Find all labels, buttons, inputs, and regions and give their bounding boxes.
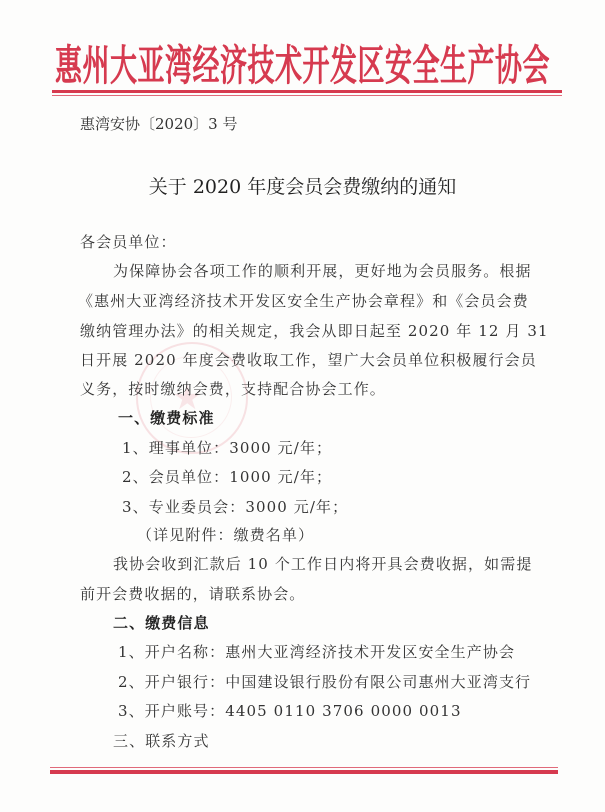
intro-line: 《惠州大亚湾经济技术开发区安全生产协会章程》和《会员会费 [78,290,529,311]
notice-title: 关于 2020 年度会员会费缴纳的通知 [0,172,605,199]
letterhead-rule-thick [52,90,562,93]
salutation: 各会员单位： [80,231,177,252]
footer-rule-thick [50,770,558,774]
document-number: 惠湾安协〔2020〕3 号 [80,113,238,134]
fee-item: 2、会员单位：1000 元/年； [122,466,332,487]
document-page: 惠州大亚湾经济技术开发区安全生产协会 惠湾安协〔2020〕3 号 关于 2020… [0,0,605,812]
receipt-paragraph-line: 我协会收到汇款后 10 个工作日内将开具会费收据，如需提 [113,553,532,574]
intro-line: 为保障协会各项工作的顺利开展，更好地为会员服务。根据 [113,260,532,281]
account-name: 1、开户名称：惠州大亚湾经济技术开发区安全生产协会 [118,641,515,662]
section-heading: 二、缴费信息 [113,612,210,633]
letterhead-organization-title: 惠州大亚湾经济技术开发区安全生产协会 [0,32,605,92]
section-heading: 一、缴费标准 [118,407,215,428]
attachment-note: （详见附件：缴费名单） [137,524,314,545]
letterhead-rule-thin [52,95,562,96]
intro-line: 缴纳管理办法》的相关规定，我会从即日起至 2020 年 12 月 31 [80,320,549,341]
receipt-paragraph-line: 前开会费收据的，请联系协会。 [80,583,305,604]
section-heading: 三、联系方式 [113,730,210,751]
fee-item: 3、专业委员会：3000 元/年； [122,496,348,517]
bank-name: 2、开户银行：中国建设银行股份有限公司惠州大亚湾支行 [118,671,531,692]
intro-line: 义务，按时缴纳会费，支持配合协会工作。 [80,378,386,399]
footer-rule-thin [50,767,558,768]
fee-item: 1、理事单位：3000 元/年； [122,437,332,458]
intro-line: 日开展 2020 年度会费收取工作，望广大会员单位积极履行会员 [80,349,537,370]
account-number: 3、开户账号：4405 0110 3706 0000 0013 [118,700,462,721]
